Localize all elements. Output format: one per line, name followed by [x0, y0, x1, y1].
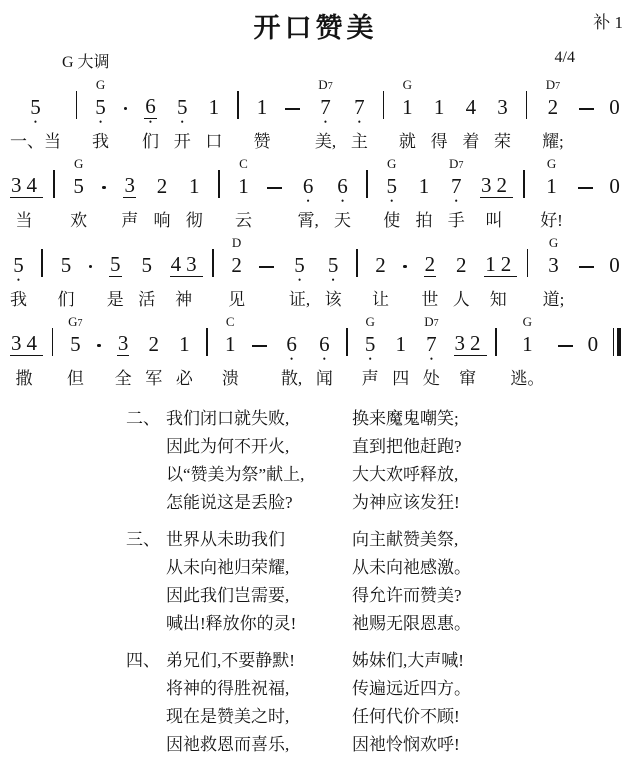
verse-block: 四、弟兄们,不要静默!姊妹们,大声喊!将神的得胜祝福,传遍远近四方。现在是赞美之… [126, 647, 631, 759]
note-token: 6•闻 [316, 315, 333, 391]
note-token: C1云 [235, 157, 252, 233]
verse-number: 四、 [126, 647, 166, 675]
lyric-syllable: 撒 [16, 366, 33, 391]
lyric-syllable: 天 [334, 208, 351, 233]
octave-dot: • [17, 277, 20, 286]
duration-dash [579, 236, 594, 312]
duration-dash [252, 315, 267, 391]
lyric-syllable: 主 [351, 129, 368, 154]
duration-dash [267, 157, 282, 233]
verse-right-column-text: 直到把他赶跑? [352, 433, 631, 461]
lyric-syllable: 我 [92, 129, 109, 154]
chord-label: G7 [68, 315, 82, 330]
lyric-syllable: 道; [543, 287, 565, 312]
note-token: 5•一、当 [10, 78, 61, 154]
note-token: D77•处 [423, 315, 440, 391]
note-token: 34撒 [10, 315, 38, 391]
note-token: 5们 [57, 236, 74, 312]
verse-number: 三、 [126, 526, 166, 554]
lyric-syllable: 但 [67, 366, 84, 391]
bar-line [366, 157, 368, 233]
page-number: 补 1 [593, 8, 623, 33]
note-token: 3全 [115, 315, 132, 391]
verse-line: 以“赞美为祭”献上,大大欢呼释放, [126, 461, 631, 489]
bar-line [526, 78, 528, 154]
chord-label: G [365, 315, 374, 330]
note-token: D77•手 [448, 157, 465, 233]
verse-left-column-text: 以“赞美为祭”献上, [166, 461, 352, 489]
verse-right-column-text: 祂赐无限恩惠。 [352, 610, 631, 638]
verse-line: 怎能说这是丢脸?为神应该发狂! [126, 489, 631, 517]
note-token: D77•美, [315, 78, 336, 154]
lyric-syllable: 使 [383, 208, 400, 233]
lyric-syllable: 声 [362, 366, 379, 391]
duration-dash [285, 78, 300, 154]
note-token: G5•我 [92, 78, 109, 154]
note-token: C1溃 [222, 315, 239, 391]
verse-block: 三、世界从未助我们向主献赞美祭,从未向祂归荣耀,从未向祂感激。因此我们岂需要,得… [126, 526, 631, 638]
verse-line: 三、世界从未助我们向主献赞美祭, [126, 526, 631, 554]
chord-label: C [239, 157, 248, 172]
note-token: 1拍 [415, 157, 432, 233]
note-token: D72耀; [542, 78, 564, 154]
verse-left-column-text: 我们闭口就失败, [166, 405, 352, 433]
verse-line: 因此我们岂需要,得允许而赞美? [126, 582, 631, 610]
octave-dot: • [298, 277, 301, 286]
verse-right-column-text: 大大欢呼释放, [352, 461, 631, 489]
octave-dot: • [34, 119, 37, 128]
bar-line [356, 236, 358, 312]
note-token: 2世 [421, 236, 438, 312]
key-meter-row: G 大调 4/4 [62, 49, 575, 72]
chord-label: C [226, 315, 235, 330]
lyric-syllable: 响 [154, 208, 171, 233]
bar-line [383, 78, 385, 154]
note-token: 5•证, [289, 236, 310, 312]
bar-line [212, 236, 214, 312]
bar-line [346, 315, 348, 391]
verse-line: 因祂救恩而喜乐,因祂怜悯欢呼! [126, 731, 631, 759]
bar-line [76, 78, 78, 154]
octave-dot: • [324, 119, 327, 128]
note-token: 32叫 [480, 157, 508, 233]
duration-dash [259, 236, 274, 312]
lyric-syllable: 好! [540, 208, 563, 233]
verse-line: 因此为何不开火,直到把他赶跑? [126, 433, 631, 461]
note-token: 5•我 [10, 236, 27, 312]
verses: 二、我们闭口就失败,换来魔鬼嘲笑;因此为何不开火,直到把他赶跑?以“赞美为祭”献… [0, 405, 631, 759]
note-token: 5•该 [325, 236, 342, 312]
bar-line [53, 157, 55, 233]
lyric-syllable: 一、当 [10, 129, 61, 154]
verse-right-column-text: 姊妹们,大声喊! [352, 647, 631, 675]
note-token: 5•开 [174, 78, 191, 154]
octave-dot: • [390, 198, 393, 207]
octave-dot: • [307, 198, 310, 207]
music-system: 34当G5欢3声2响1彻C1云6•霄,6•天G5•使1拍D77•手32叫G1好!… [0, 157, 631, 233]
bar-line [495, 315, 497, 391]
note-token: 4着 [462, 78, 479, 154]
lyric-syllable: 见 [228, 287, 245, 312]
note-token: G5•声 [362, 315, 379, 391]
note-token: 2军 [145, 315, 162, 391]
note-token: 0 [608, 236, 621, 312]
verse-line: 二、我们闭口就失败,换来魔鬼嘲笑; [126, 405, 631, 433]
lyric-syllable: 就 [399, 129, 416, 154]
note-token: 32窜 [454, 315, 482, 391]
note-token: 5是 [107, 236, 124, 312]
note-token: 2人 [453, 236, 470, 312]
lyric-syllable: 知 [490, 287, 507, 312]
note-token: D2见 [228, 236, 245, 312]
chord-label: G [403, 78, 412, 93]
notation-systems: 5•一、当G5•我6•们5•开1口1赞D77•美,7•主G1就1得4着3荣D72… [0, 78, 631, 391]
verse-right-column-text: 因祂怜悯欢呼! [352, 731, 631, 759]
octave-dot: • [341, 198, 344, 207]
lyric-syllable: 军 [145, 366, 162, 391]
lyric-syllable: 人 [453, 287, 470, 312]
duration-dash [579, 78, 594, 154]
note-token: G5•使 [383, 157, 400, 233]
verse-line: 从未向祂归荣耀,从未向祂感激。 [126, 554, 631, 582]
lyric-syllable: 世 [421, 287, 438, 312]
duration-dash [578, 157, 593, 233]
final-bar-line [613, 315, 621, 391]
verse-right-column-text: 为神应该发狂! [352, 489, 631, 517]
lyric-syllable: 当 [16, 208, 33, 233]
note-token: 43神 [170, 236, 198, 312]
lyric-syllable: 得 [431, 129, 448, 154]
dotted-note-dot [97, 315, 101, 391]
note-token: 1四 [392, 315, 409, 391]
note-token: 7•主 [351, 78, 368, 154]
lyric-syllable: 我 [10, 287, 27, 312]
lyric-syllable: 们 [57, 287, 74, 312]
lyric-syllable: 美, [315, 129, 336, 154]
lyric-syllable: 闻 [316, 366, 333, 391]
note-token: 34当 [10, 157, 38, 233]
verse-right-column-text: 任何代价不顾! [352, 703, 631, 731]
verse-left-column-text: 现在是赞美之时, [166, 703, 352, 731]
note-token: 6•散, [281, 315, 302, 391]
verse-left-column-text: 世界从未助我们 [166, 526, 352, 554]
lyric-syllable: 窜 [459, 366, 476, 391]
dotted-note-dot [403, 236, 407, 312]
verse-line: 四、弟兄们,不要静默!姊妹们,大声喊! [126, 647, 631, 675]
note-token: 12知 [484, 236, 512, 312]
chord-label: G [387, 157, 396, 172]
lyric-syllable: 是 [107, 287, 124, 312]
lyric-syllable: 叫 [486, 208, 503, 233]
octave-dot: • [181, 119, 184, 128]
verse-left-column-text: 怎能说这是丢脸? [166, 489, 352, 517]
duration-dash [558, 315, 573, 391]
chord-label: D7 [318, 78, 332, 93]
chord-label: D7 [424, 315, 438, 330]
lyric-syllable: 荣 [494, 129, 511, 154]
note-token: G75但 [67, 315, 84, 391]
verse-left-column-text: 从未向祂归荣耀, [166, 554, 352, 582]
verse-block: 二、我们闭口就失败,换来魔鬼嘲笑;因此为何不开火,直到把他赶跑?以“赞美为祭”献… [126, 405, 631, 517]
chord-label: G [547, 157, 556, 172]
note-token: G5欢 [70, 157, 87, 233]
bar-line [206, 315, 208, 391]
octave-dot: • [290, 356, 293, 365]
lyric-syllable: 开 [174, 129, 191, 154]
lyric-syllable: 散, [281, 366, 302, 391]
chord-label: D [232, 236, 241, 251]
note-token: 0 [608, 157, 621, 233]
lyric-syllable: 溃 [222, 366, 239, 391]
key-signature: G 大调 [62, 49, 110, 72]
octave-dot: • [323, 356, 326, 365]
verse-left-column-text: 将神的得胜祝福, [166, 675, 352, 703]
note-token: 6•们 [142, 78, 159, 154]
verse-line: 现在是赞美之时,任何代价不顾! [126, 703, 631, 731]
bar-line [218, 157, 220, 233]
chord-label: G [549, 236, 558, 251]
lyric-syllable: 们 [142, 129, 159, 154]
verse-number: 二、 [126, 405, 166, 433]
note-token: G3道; [543, 236, 565, 312]
verse-left-column-text: 弟兄们,不要静默! [166, 647, 352, 675]
music-system: 34撒G75但3全2军1必C1溃6•散,6•闻G5•声1四D77•处32窜G1逃… [0, 315, 631, 391]
octave-dot: • [149, 119, 152, 128]
note-token: 2让 [372, 236, 389, 312]
octave-dot: • [369, 356, 372, 365]
note-token: 3声 [121, 157, 138, 233]
bar-line [52, 315, 54, 391]
lyric-syllable: 证, [289, 287, 310, 312]
note-token: 6•天 [334, 157, 351, 233]
lyric-syllable: 手 [448, 208, 465, 233]
lyric-syllable: 着 [462, 129, 479, 154]
chord-label: G [96, 78, 105, 93]
chord-label: G [74, 157, 83, 172]
note-token: 2响 [154, 157, 171, 233]
note-token: 1彻 [186, 157, 203, 233]
note-token: 5活 [138, 236, 155, 312]
verse-left-column-text: 因此为何不开火, [166, 433, 352, 461]
octave-dot: • [99, 119, 102, 128]
note-token: G1好! [540, 157, 563, 233]
chord-label: G [523, 315, 532, 330]
lyric-syllable: 必 [176, 366, 193, 391]
verse-line: 喊出!释放你的灵!祂赐无限恩惠。 [126, 610, 631, 638]
note-token: 6•霄, [298, 157, 319, 233]
octave-dot: • [430, 356, 433, 365]
note-token: G1逃。 [510, 315, 544, 391]
lyric-syllable: 拍 [415, 208, 432, 233]
lyric-syllable: 赞 [253, 129, 270, 154]
octave-dot: • [358, 119, 361, 128]
bar-line [237, 78, 239, 154]
lyric-syllable: 彻 [186, 208, 203, 233]
lyric-syllable: 让 [372, 287, 389, 312]
lyric-syllable: 云 [235, 208, 252, 233]
lyric-syllable: 全 [115, 366, 132, 391]
verse-left-column-text: 因此我们岂需要, [166, 582, 352, 610]
verse-right-column-text: 从未向祂感激。 [352, 554, 631, 582]
time-signature: 4/4 [555, 49, 575, 72]
verse-right-column-text: 得允许而赞美? [352, 582, 631, 610]
lyric-syllable: 霄, [298, 208, 319, 233]
verse-left-column-text: 因祂救恩而喜乐, [166, 731, 352, 759]
music-system: 5•我5们5是5活43神D2见5•证,5•该2让2世2人12知G3道;0 [0, 236, 631, 312]
music-system: 5•一、当G5•我6•们5•开1口1赞D77•美,7•主G1就1得4着3荣D72… [0, 78, 631, 154]
note-token: 3荣 [494, 78, 511, 154]
dotted-note-dot [102, 157, 106, 233]
octave-dot: • [332, 277, 335, 286]
lyric-syllable: 处 [423, 366, 440, 391]
note-token: 1赞 [253, 78, 270, 154]
lyric-syllable: 活 [138, 287, 155, 312]
note-token: 1口 [205, 78, 222, 154]
bar-line [41, 236, 43, 312]
lyric-syllable: 四 [392, 366, 409, 391]
note-token: 0 [587, 315, 600, 391]
lyric-syllable: 声 [121, 208, 138, 233]
note-token: 1必 [176, 315, 193, 391]
dotted-note-dot [89, 236, 93, 312]
lyric-syllable: 耀; [542, 129, 564, 154]
lyric-syllable: 口 [205, 129, 222, 154]
verse-right-column-text: 传遍远近四方。 [352, 675, 631, 703]
hymn-page: 补 1 开口赞美 G 大调 4/4 5•一、当G5•我6•们5•开1口1赞D77… [0, 0, 631, 763]
page-title: 开口赞美 [0, 0, 631, 45]
lyric-syllable: 该 [325, 287, 342, 312]
lyric-syllable: 神 [175, 287, 192, 312]
verse-left-column-text: 喊出!释放你的灵! [166, 610, 352, 638]
note-token: G1就 [399, 78, 416, 154]
chord-label: D7 [449, 157, 463, 172]
lyric-syllable: 逃。 [510, 366, 544, 391]
verse-right-column-text: 向主献赞美祭, [352, 526, 631, 554]
verse-line: 将神的得胜祝福,传遍远近四方。 [126, 675, 631, 703]
chord-label: D7 [546, 78, 560, 93]
note-token: 0 [608, 78, 621, 154]
note-token: 1得 [431, 78, 448, 154]
octave-dot: • [455, 198, 458, 207]
lyric-syllable: 欢 [70, 208, 87, 233]
verse-right-column-text: 换来魔鬼嘲笑; [352, 405, 631, 433]
bar-line [523, 157, 525, 233]
dotted-note-dot [124, 78, 128, 154]
bar-line [527, 236, 529, 312]
